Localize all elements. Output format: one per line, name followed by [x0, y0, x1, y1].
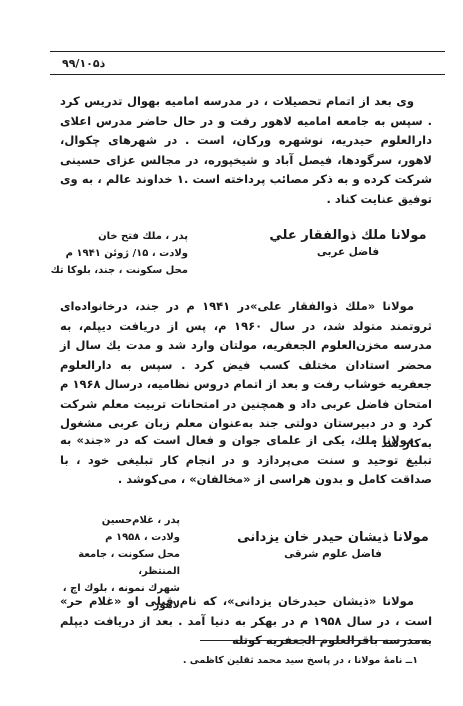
person1-name: مولانا ملك ذوالفقار علي [263, 228, 433, 243]
person1-info: پدر ، ملك فتح خان ولادت ، ۱۵/ ژوئن ۱۹۴۱ … [38, 228, 188, 279]
person1-father: پدر ، ملك فتح خان [38, 228, 188, 245]
person1-paragraph-1-text: مولانا «ملك ذوالفقار علی»در ۱۹۴۱ م در جن… [60, 299, 432, 450]
header-bottom-rule [50, 74, 445, 75]
intro-paragraph-text: وی بعد از اتمام تحصیلات ، در مدرسه امامی… [60, 94, 432, 206]
person1-birth: ولادت ، ۱۵/ ژوئن ۱۹۴۱ م [38, 245, 188, 262]
person2-title: فاضل علوم شرقی [233, 548, 433, 560]
person1-paragraph-1: مولانا «ملك ذوالفقار علی»در ۱۹۴۱ م در جن… [60, 297, 432, 453]
person1-heading: مولانا ملك ذوالفقار علي فاضل عربی [263, 228, 433, 258]
person2-heading: مولانا ذیشان حیدر خان یزدانی فاضل علوم ش… [233, 530, 433, 560]
person2-residence-line1: محل سکونت ، جامعة المنتظر، [40, 546, 180, 580]
person1-paragraph-2: مولانا ملك، یکی از علمای جوان و فعال است… [60, 431, 432, 490]
document-page: ۹۹/ذ۱۰۵ وی بعد از اتمام تحصیلات ، در مدر… [0, 0, 463, 706]
person1-title: فاضل عربی [263, 246, 433, 258]
person1-paragraph-2-text: مولانا ملك، یکی از علمای جوان و فعال است… [60, 433, 432, 486]
person2-birth: ولادت ، ۱۹۵۸ م [40, 529, 180, 546]
intro-paragraph: وی بعد از اتمام تحصیلات ، در مدرسه امامی… [60, 92, 432, 209]
person2-name: مولانا ذیشان حیدر خان یزدانی [233, 530, 433, 545]
person2-father: پدر ، غلام‌حسین [40, 512, 180, 529]
header-top-rule [50, 51, 445, 52]
page-marker: ۹۹/ذ۱۰۵ [62, 57, 105, 70]
person1-residence: محل سکونت ، جند، بلوکا تك [38, 262, 188, 279]
footnote: ۱ــ نامهٔ مولانا ، در پاسخ سید محمد ثقلی… [183, 655, 418, 666]
footnote-rule [200, 640, 429, 641]
person2-paragraph: مولانا «ذیشان حیدرخان یزدانی»، که نام قب… [60, 592, 432, 651]
